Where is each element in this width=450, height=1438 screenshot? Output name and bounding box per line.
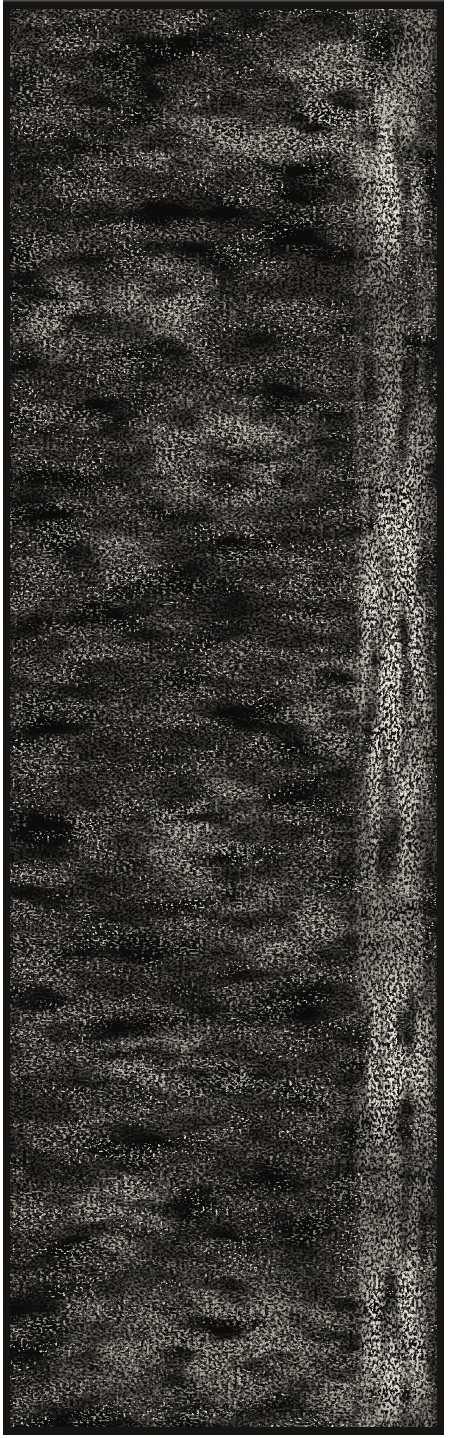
rug-edge-left bbox=[3, 0, 10, 1435]
rug-image bbox=[0, 0, 450, 1438]
rug-edge-right bbox=[437, 0, 444, 1435]
rug-edge-bottom bbox=[3, 1427, 444, 1435]
rug-texture bbox=[10, 8, 438, 1428]
page-background: Product photograph of a distressed vinta… bbox=[0, 0, 450, 1438]
bottom-worn-section bbox=[10, 8, 438, 1428]
rug-product-photo: Product photograph of a distressed vinta… bbox=[0, 0, 450, 1438]
top-edge-highlight bbox=[3, 0, 444, 2]
